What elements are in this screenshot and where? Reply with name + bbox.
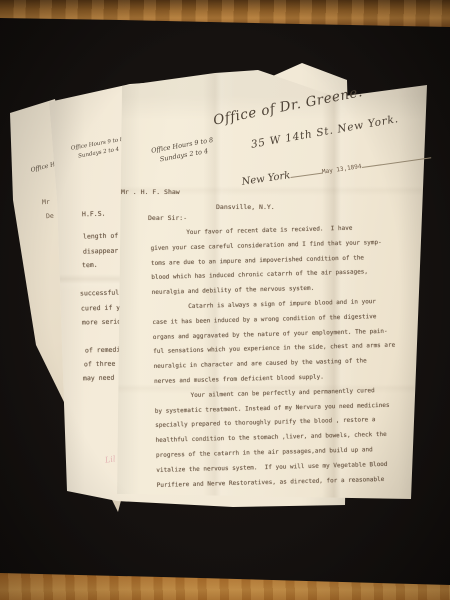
typed-fragment: may need — [83, 374, 115, 383]
typed-fragment: tem. — [82, 261, 98, 269]
salutation-line: Dear Sir:- — [148, 214, 187, 222]
pink-stamp-mark: Lil — [104, 454, 116, 464]
typed-fragment: De — [46, 212, 54, 220]
wood-edge-top — [0, 0, 450, 30]
typed-fragment: Mr — [42, 198, 50, 206]
recipient-line: Mr . H. F. Shaw — [121, 188, 180, 196]
photo-of-letters: Office Hours 9 to 8 MrDe Office Hours 9 … — [0, 0, 450, 600]
typed-fragment: more serio — [82, 317, 121, 326]
letter-body-text: Your favor of recent date is received. I… — [150, 220, 427, 493]
ruled-line — [289, 165, 322, 178]
typed-fragment: cured if y — [81, 303, 120, 312]
typed-fragment: successful — [80, 288, 119, 297]
recipient-city-line: Dansville, N.Y. — [216, 203, 275, 211]
wood-edge-bottom — [0, 566, 450, 600]
typed-fragment: disappear a — [83, 246, 126, 255]
typed-fragment: of three — [84, 360, 116, 369]
typed-fragment: H.F.S. — [82, 210, 106, 219]
typed-fragment: of remedi — [85, 346, 120, 355]
typed-fragment: length of t — [83, 231, 126, 240]
